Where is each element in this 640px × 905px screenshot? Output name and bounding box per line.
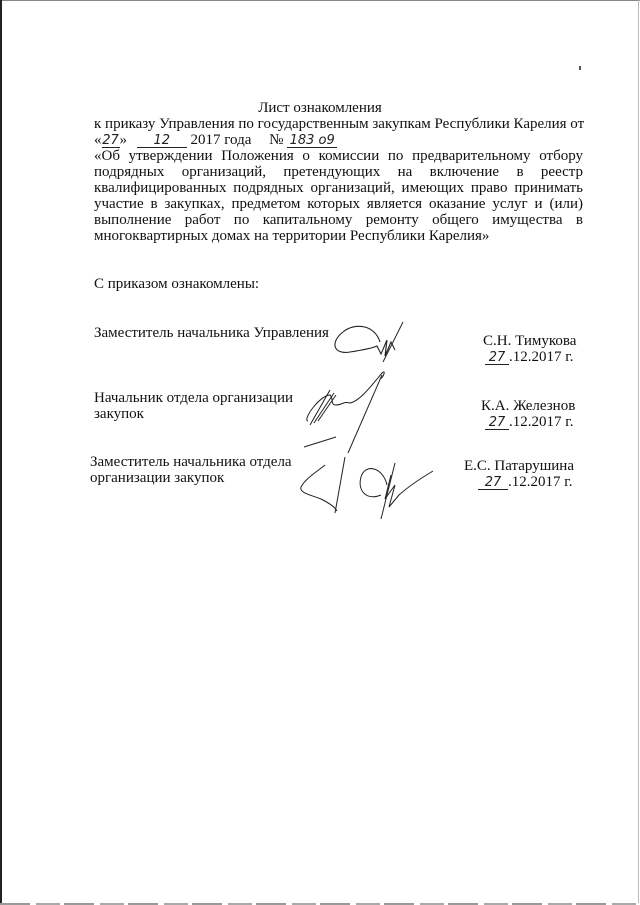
- subject-line-4: участие в закупках, предметом которых яв…: [94, 196, 583, 212]
- page-number-mark: [579, 66, 581, 70]
- signatory-1-position: Заместитель начальника Управления: [94, 325, 329, 341]
- signatory-2-day-handwritten: 27: [485, 416, 509, 430]
- signatory-2-position-line-2: закупок: [94, 406, 144, 422]
- subject-line-6: многоквартирных домах на территории Респ…: [94, 228, 489, 244]
- signatory-2-name: К.А. Железнов: [481, 398, 575, 414]
- signature-3-icon: [295, 455, 445, 530]
- signatory-3-day-handwritten: 27: [478, 476, 508, 490]
- signatory-1-date: 27.12.2017 г.: [485, 349, 573, 365]
- subject-line-3: квалифицированных подрядных организаций,…: [94, 180, 583, 196]
- signature-1-icon: [325, 310, 425, 370]
- order-year: 2017 года: [191, 132, 252, 148]
- acknowledged-label: С приказом ознакомлены:: [94, 276, 259, 292]
- close-quote: »: [120, 132, 128, 148]
- signatory-3-name: Е.С. Патарушина: [464, 458, 574, 474]
- signature-2-icon: [300, 365, 400, 455]
- signatory-3-date: 27.12.2017 г.: [478, 474, 572, 490]
- order-number-sign: №: [269, 132, 283, 148]
- signatory-1-date-rest: .12.2017 г.: [509, 349, 573, 365]
- signatory-2-position-line-1: Начальник отдела организации: [94, 390, 293, 406]
- scan-frame-right: [638, 0, 639, 905]
- order-month-handwritten: 12: [137, 134, 187, 148]
- subject-line-5: выполнение работ по капитальному ремонту…: [94, 212, 583, 228]
- header-line: к приказу Управления по государственным …: [94, 116, 583, 132]
- scan-frame-top: [0, 0, 640, 1]
- signatory-1-day-handwritten: 27: [485, 351, 509, 365]
- subject-line-2: подрядных организаций, претендующих на в…: [94, 164, 583, 180]
- signatory-2-date: 27.12.2017 г.: [485, 414, 573, 430]
- signatory-3-position-line-1: Заместитель начальника отдела: [90, 454, 292, 470]
- scan-frame-left: [0, 0, 2, 905]
- signatory-3-position-line-2: организации закупок: [90, 470, 224, 486]
- signatory-2-date-rest: .12.2017 г.: [509, 414, 573, 430]
- order-number-handwritten: 183 о9: [287, 134, 337, 148]
- order-date-line: «27» 12 2017 года № 183 о9: [94, 132, 337, 148]
- order-day-handwritten: 27: [102, 134, 120, 148]
- signatory-3-date-rest: .12.2017 г.: [508, 474, 572, 490]
- subject-line-1: «Об утверждении Положения о комиссии по …: [94, 148, 583, 164]
- open-quote: «: [94, 132, 102, 148]
- signatory-1-name: С.Н. Тимукова: [483, 333, 576, 349]
- document-title: Лист ознакомления: [0, 100, 640, 116]
